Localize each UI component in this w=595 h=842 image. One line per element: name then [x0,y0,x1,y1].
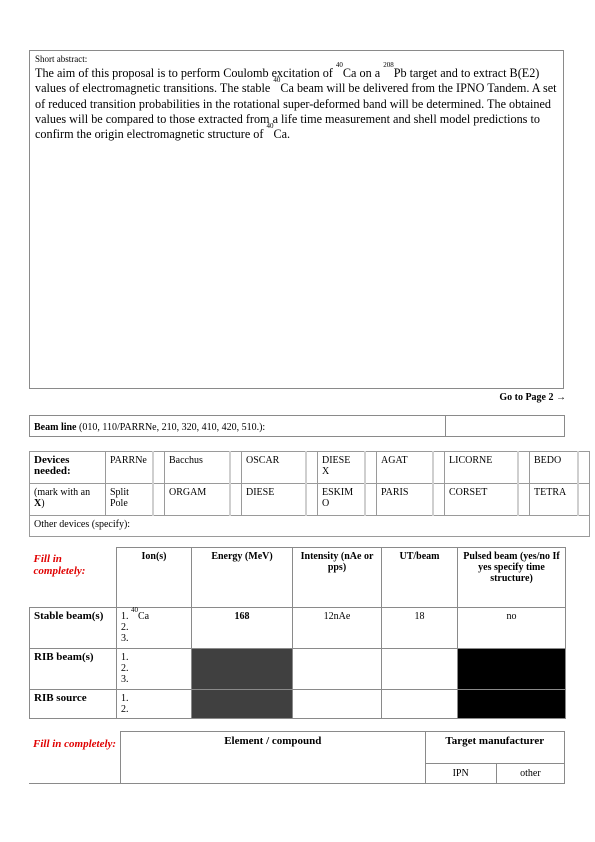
device-checkbox-bedo[interactable] [578,452,590,484]
manufacturer-option-ipn[interactable]: IPN [425,764,496,784]
device-name: PARIS [377,484,433,516]
element-compound-header: Element / compound [224,735,321,747]
device-name: ESKIM O [318,484,365,516]
row-label-rib-source: RIB source [30,689,117,718]
device-name: Split Pole [106,484,153,516]
header-ions: Ion(s) [117,548,192,608]
fill-note-cell: Fill in completely: [30,548,117,608]
device-checkbox-parrne[interactable] [153,452,165,484]
device-checkbox-tetra[interactable] [578,484,590,516]
fill-note-cell: Fill in completely: [29,732,121,784]
rib-source-pulsed-disabled-cell [458,689,566,718]
device-name: LICORNE [445,452,518,484]
device-checkbox-diese-x[interactable] [365,452,377,484]
rib-source-intensity-field[interactable] [293,689,382,718]
device-name: Bacchus [165,452,230,484]
device-name: DIESE [242,484,306,516]
abstract-label: Short abstract: [35,54,558,65]
beam-line-label: Beam line (010, 110/PARRNe, 210, 320, 41… [30,416,446,436]
stable-energy-field[interactable]: 168 [192,607,293,648]
target-table: Fill in completely: Element / compound T… [29,731,565,784]
stable-ions-field[interactable]: 1. 40Ca 2. 3. [117,607,192,648]
beam-line-row: Beam line (010, 110/PARRNe, 210, 320, 41… [29,415,565,437]
device-checkbox-split-pole[interactable] [153,484,165,516]
device-name: TETRA [530,484,578,516]
go-to-page-2-link[interactable]: Go to Page 2 → [499,392,566,403]
row-label-rib-beams: RIB beam(s) [30,648,117,689]
device-name: ORGAM [165,484,230,516]
device-name: PARRNe [106,452,153,484]
devices-table: Devices needed: PARRNe Bacchus OSCAR DIE… [29,451,590,537]
header-pulsed-beam: Pulsed beam (yes/no If yes specify time … [458,548,566,608]
other-devices-label: Other devices (specify): [34,519,130,530]
device-checkbox-paris[interactable] [433,484,445,516]
device-checkbox-diese[interactable] [306,484,318,516]
device-checkbox-bacchus[interactable] [230,452,242,484]
rib-energy-disabled-cell [192,648,293,689]
rib-source-ions-field[interactable]: 1. 2. [117,689,192,718]
device-name: BEDO [530,452,578,484]
device-name: DIESE X [318,452,365,484]
device-checkbox-agat[interactable] [433,452,445,484]
header-energy: Energy (MeV) [192,548,293,608]
stable-ut-field[interactable]: 18 [382,607,458,648]
device-name: AGAT [377,452,433,484]
device-name: OSCAR [242,452,306,484]
beam-line-input[interactable] [446,416,564,436]
device-checkbox-corset[interactable] [518,484,530,516]
rib-ut-field[interactable] [382,648,458,689]
device-checkbox-eskimo[interactable] [365,484,377,516]
element-compound-field[interactable]: Element / compound [121,732,425,784]
devices-needed-label: Devices needed: [30,452,106,484]
device-checkbox-oscar[interactable] [306,452,318,484]
manufacturer-option-other[interactable]: other [496,764,564,784]
row-label-stable-beams: Stable beam(s) [30,607,117,648]
device-checkbox-orgam[interactable] [230,484,242,516]
rib-ions-field[interactable]: 1. 2. 3. [117,648,192,689]
fill-in-completely-note: Fill in completely: [33,738,116,750]
beam-table: Fill in completely: Ion(s) Energy (MeV) … [29,547,566,719]
rib-pulsed-disabled-cell [458,648,566,689]
device-checkbox-licorne[interactable] [518,452,530,484]
rib-source-ut-field[interactable] [382,689,458,718]
stable-pulsed-field[interactable]: no [458,607,566,648]
header-ut-beam: UT/beam [382,548,458,608]
stable-intensity-field[interactable]: 12nAe [293,607,382,648]
fill-in-completely-note: Fill in completely: [34,553,113,577]
mark-with-x-note: (mark with an X) [30,484,106,516]
header-intensity: Intensity (nAe or pps) [293,548,382,608]
abstract-text: The aim of this proposal is to perform C… [35,66,558,142]
other-devices-field[interactable]: Other devices (specify): [30,516,590,537]
short-abstract-box[interactable]: Short abstract: The aim of this proposal… [29,50,564,389]
rib-source-energy-disabled-cell [192,689,293,718]
device-name: CORSET [445,484,518,516]
rib-intensity-field[interactable] [293,648,382,689]
target-manufacturer-header: Target manufacturer [425,732,564,764]
